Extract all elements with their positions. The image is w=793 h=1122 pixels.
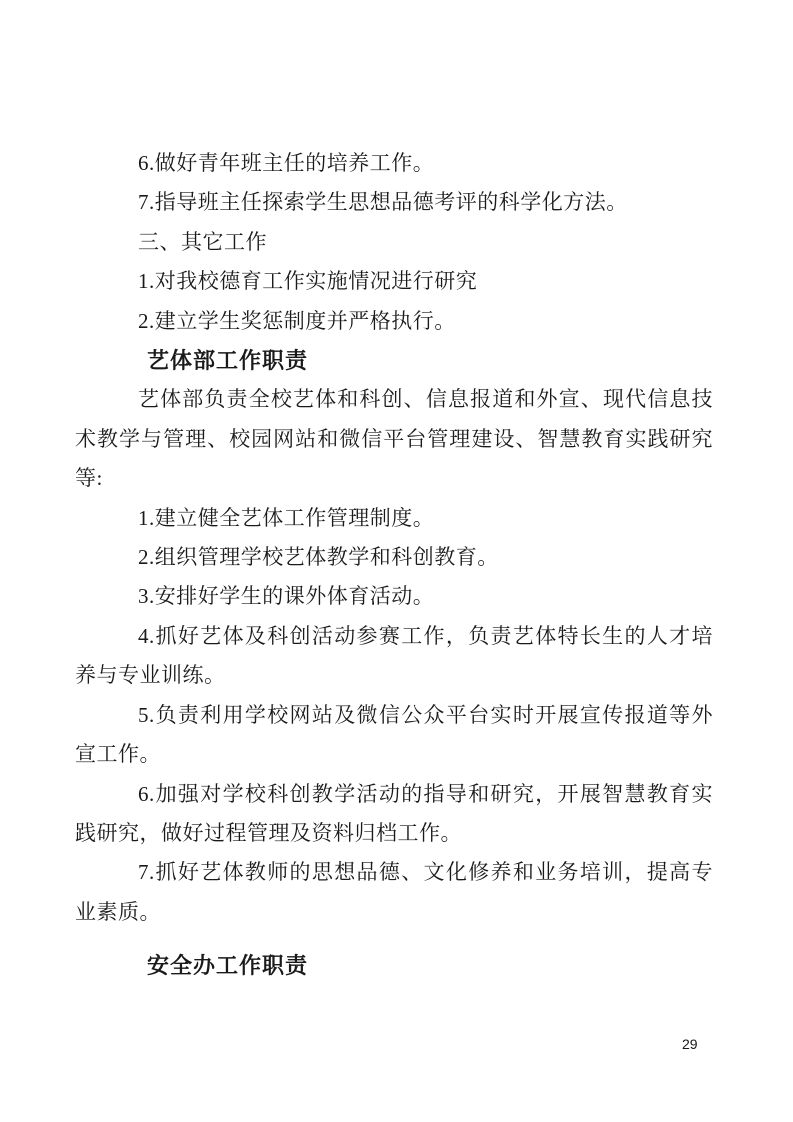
paragraph: 6.做好青年班主任的培养工作。	[75, 144, 713, 183]
paragraph: 7.指导班主任探索学生思想品德考评的科学化方法。	[75, 183, 713, 222]
document-body: 6.做好青年班主任的培养工作。7.指导班主任探索学生思想品德考评的科学化方法。三…	[75, 144, 713, 986]
document-page: 6.做好青年班主任的培养工作。7.指导班主任探索学生思想品德考评的科学化方法。三…	[0, 0, 793, 1122]
paragraph: 2.组织管理学校艺体教学和科创教育。	[75, 538, 713, 577]
paragraph: 1.建立健全艺体工作管理制度。	[75, 499, 713, 538]
paragraph: 三、其它工作	[75, 223, 713, 262]
section-heading: 艺体部工作职责	[75, 341, 713, 380]
paragraph: 5.负责利用学校网站及微信公众平台实时开展宣传报道等外宣工作。	[75, 696, 713, 775]
paragraph: 7.抓好艺体教师的思想品德、文化修养和业务培训，提高专业素质。	[75, 853, 713, 932]
paragraph: 3.安排好学生的课外体育活动。	[75, 577, 713, 616]
paragraph: 6.加强对学校科创教学活动的指导和研究，开展智慧教育实践研究，做好过程管理及资料…	[75, 775, 713, 854]
paragraph: 2.建立学生奖惩制度并严格执行。	[75, 302, 713, 341]
section-heading: 安全办工作职责	[75, 946, 713, 985]
paragraph: 4.抓好艺体及科创活动参赛工作，负责艺体特长生的人才培养与专业训练。	[75, 617, 713, 696]
paragraph: 艺体部负责全校艺体和科创、信息报道和外宣、现代信息技术教学与管理、校园网站和微信…	[75, 380, 713, 498]
page-number: 29	[682, 1036, 698, 1052]
paragraph: 1.对我校德育工作实施情况进行研究	[75, 262, 713, 301]
